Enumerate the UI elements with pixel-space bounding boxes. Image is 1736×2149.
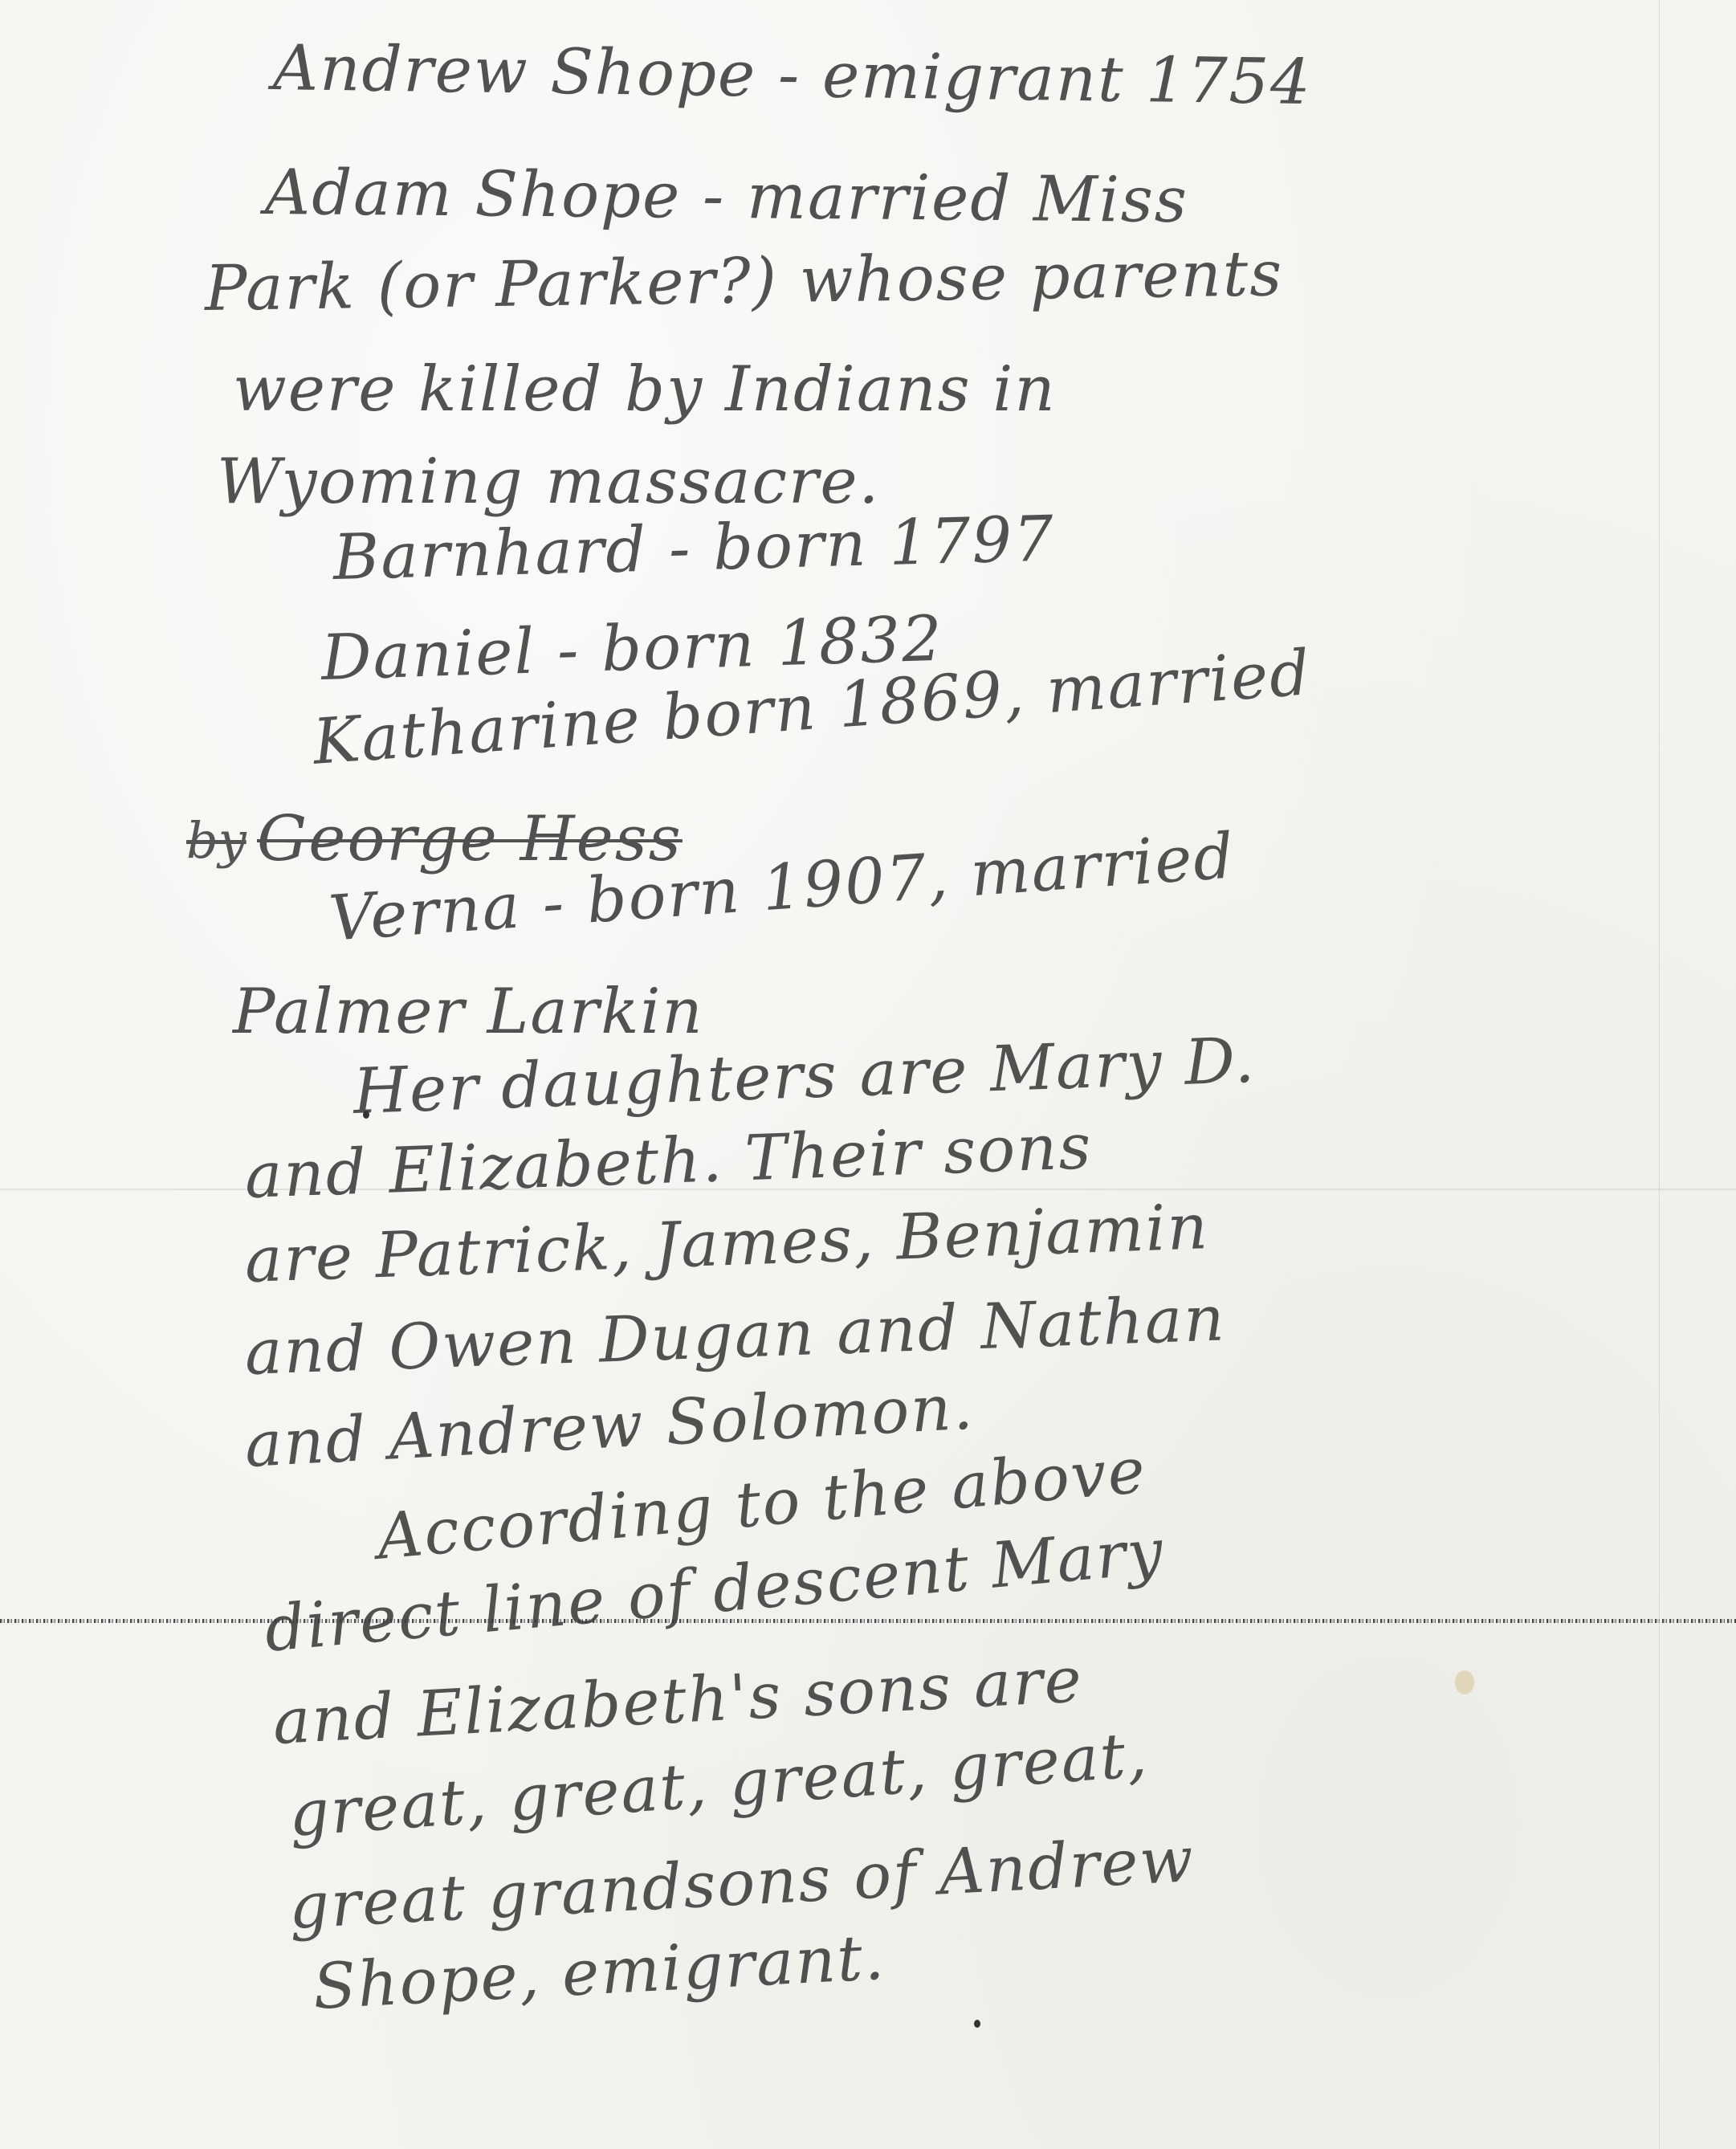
handwritten-line-4: were killed by Indians in (233, 353, 1057, 426)
handwritten-line-1: Andrew Shope - emigrant 1754 (272, 32, 1312, 119)
handwritten-line-11: Palmer Larkin (233, 976, 704, 1048)
ink-dot (363, 1111, 369, 1119)
handwritten-line-3: Park (or Parker?) whose parents (204, 238, 1283, 325)
struck-margin-note: by (186, 811, 247, 870)
paper-stain (1455, 1670, 1474, 1694)
paper-edge-shadow (1659, 0, 1660, 2149)
scan-artifact-line (0, 1619, 1736, 1623)
handwritten-line-2: Adam Shope - married Miss (265, 157, 1189, 237)
ink-dot (974, 2020, 980, 2028)
handwritten-line-5: Wyoming massacre. (217, 446, 880, 518)
